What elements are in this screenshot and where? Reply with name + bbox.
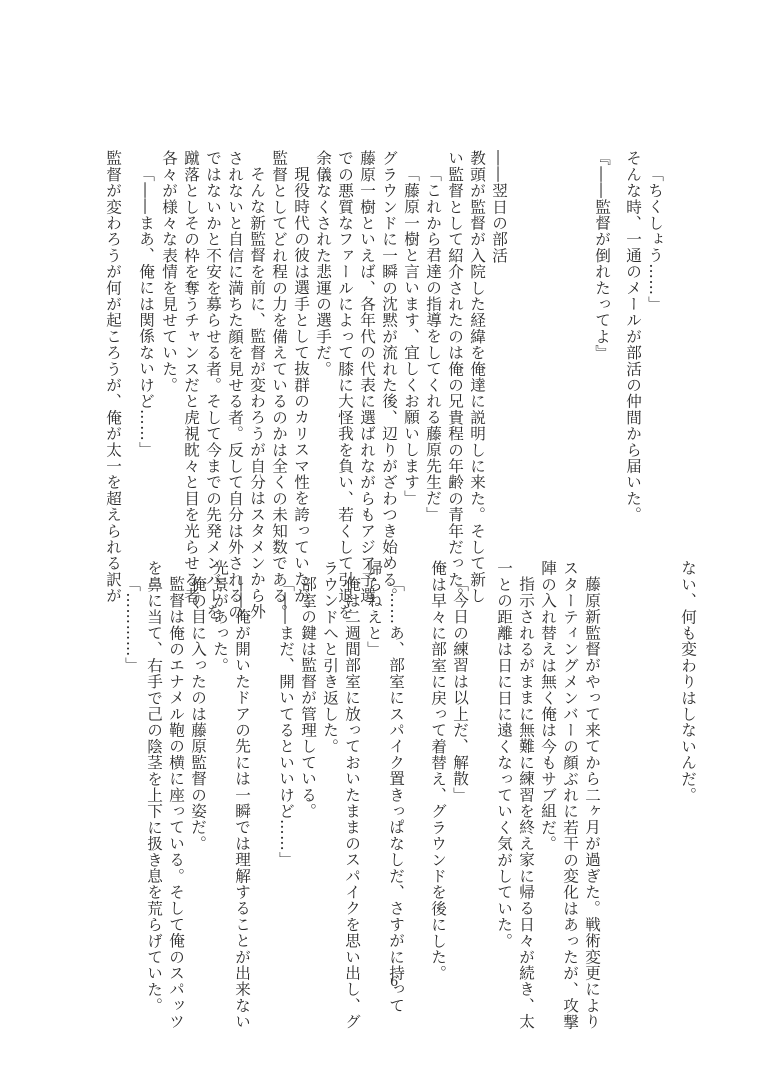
text-column: 監督としてどれ程の力を備えているのかは全くの未知数である。 — [268, 150, 290, 620]
text-column: 蹴落としその枠を奪うチャンスだと虎視眈々と目を光らせる者、 — [180, 150, 202, 620]
text-column: 「ちくしょう……」 — [644, 166, 666, 312]
text-column: そんな時、一通のメールが部活の仲間から届いた。 — [622, 150, 644, 523]
text-column: 「藤原一樹と言います、宜しくお願いします」 — [400, 166, 422, 506]
text-column: 「――まだ、開いてるといいけど……」 — [275, 576, 297, 868]
text-column: 「――まあ、俺には関係ないけど……」 — [135, 166, 157, 458]
text-column: 藤原一樹といえば、各年代の代表に選ばれながらもアジア予選 — [356, 150, 378, 604]
text-column: 余儀なくされた悲運の選手だ。 — [312, 150, 334, 377]
text-column: 「これから君達の指導をしてくれる藤原先生だ」 — [422, 166, 444, 522]
text-column: 光景があった。 — [209, 560, 231, 673]
text-column: 「…………」 — [121, 576, 143, 673]
text-column: 「今日の練習は以上だ、解散」 — [449, 576, 471, 803]
text-column: 指示されるがままに無難に練習を終え家に帰る日々が続き、太 — [515, 576, 537, 1030]
top-tier: 「ちくしょう……」 そんな時、一通のメールが部活の仲間から届いた。 『――監督が… — [0, 150, 767, 550]
text-column: 監督が変わろうが何が起ころうが、俺が太一を超えられる訳が — [102, 150, 124, 604]
text-column: 帰らねえと」 — [363, 560, 385, 657]
text-column: 「……あ、部室にスパイク置きっぱなしだ、さすがに持って — [385, 576, 407, 1013]
text-column: 陣の入れ替えは無く俺は今もサブ組だ。 — [537, 560, 559, 852]
text-column: い監督として紹介されたのは俺の兄貴程の年齢の青年だった。 — [444, 150, 466, 604]
text-column: 藤原新監督がやって来てから二ヶ月が過ぎた。戦術変更により — [581, 576, 603, 1030]
text-column: ラウンドへと引き返した。 — [319, 560, 341, 754]
document-page: 「ちくしょう……」 そんな時、一通のメールが部活の仲間から届いた。 『――監督が… — [0, 0, 767, 1087]
text-column: そんな新監督を前に、監督が変わろうが自分はスタメンから外 — [246, 166, 268, 620]
text-column: 俺は早々に部室に戻って着替え、グラウンドを後にした。 — [427, 560, 449, 981]
text-column: を鼻に当て、右手で己の陰茎を上下に扱き息を荒らげていた。 — [143, 560, 165, 1014]
text-column: されないと自信に満ちた顔を見せる者。反して自分は外されるの — [224, 150, 246, 620]
text-column: ――俺が開いたドアの先には一瞬では理解することが出来ない — [231, 576, 253, 1030]
text-column: 俺は二週間部室に放っておいたままのスパイクを思い出し、グ — [341, 576, 363, 1030]
text-column: 現役時代の彼は選手として抜群のカリスマ性を誇っていたが、 — [290, 166, 312, 620]
text-column: 教頭が監督が入院した経緯を俺達に説明しに来た。そして新し — [466, 150, 488, 604]
bottom-tier: ない、何も変わりはしないんだ。 藤原新監督がやって来てから二ヶ月が過ぎた。戦術変… — [0, 560, 767, 960]
text-column: 監督は俺のエナメル鞄の横に座っている。そして俺のスパッツ — [165, 576, 187, 1030]
page-number: 6 — [390, 975, 398, 990]
text-column: での悪質なファールによって膝に大怪我を負い、若くして引退を — [334, 150, 356, 620]
text-column: 俺の目に入ったのは藤原監督の姿だ。 — [187, 576, 209, 851]
text-column: 『――監督が倒れたってよ』 — [591, 150, 613, 361]
text-column: 一との距離は日に日に遠くなっていく気がしていた。 — [493, 560, 515, 949]
text-column: 各々が様々な表情を見せていた。 — [158, 150, 180, 393]
text-column: ない、何も変わりはしないんだ。 — [677, 560, 699, 803]
section-heading: ――翌日の部活 — [488, 150, 510, 263]
text-column: スターティングメンバーの顔ぶれに若干の変化はあったが、攻撃 — [559, 560, 581, 1030]
text-column: グラウンドに一瞬の沈黙が流れた後、辺りがざわつき始める。 — [378, 150, 400, 604]
text-column: ではないかと不安を募らせる者。そして今までの先発メンバーを — [202, 150, 224, 620]
text-column: 部室の鍵は監督が管理している。 — [297, 576, 319, 819]
